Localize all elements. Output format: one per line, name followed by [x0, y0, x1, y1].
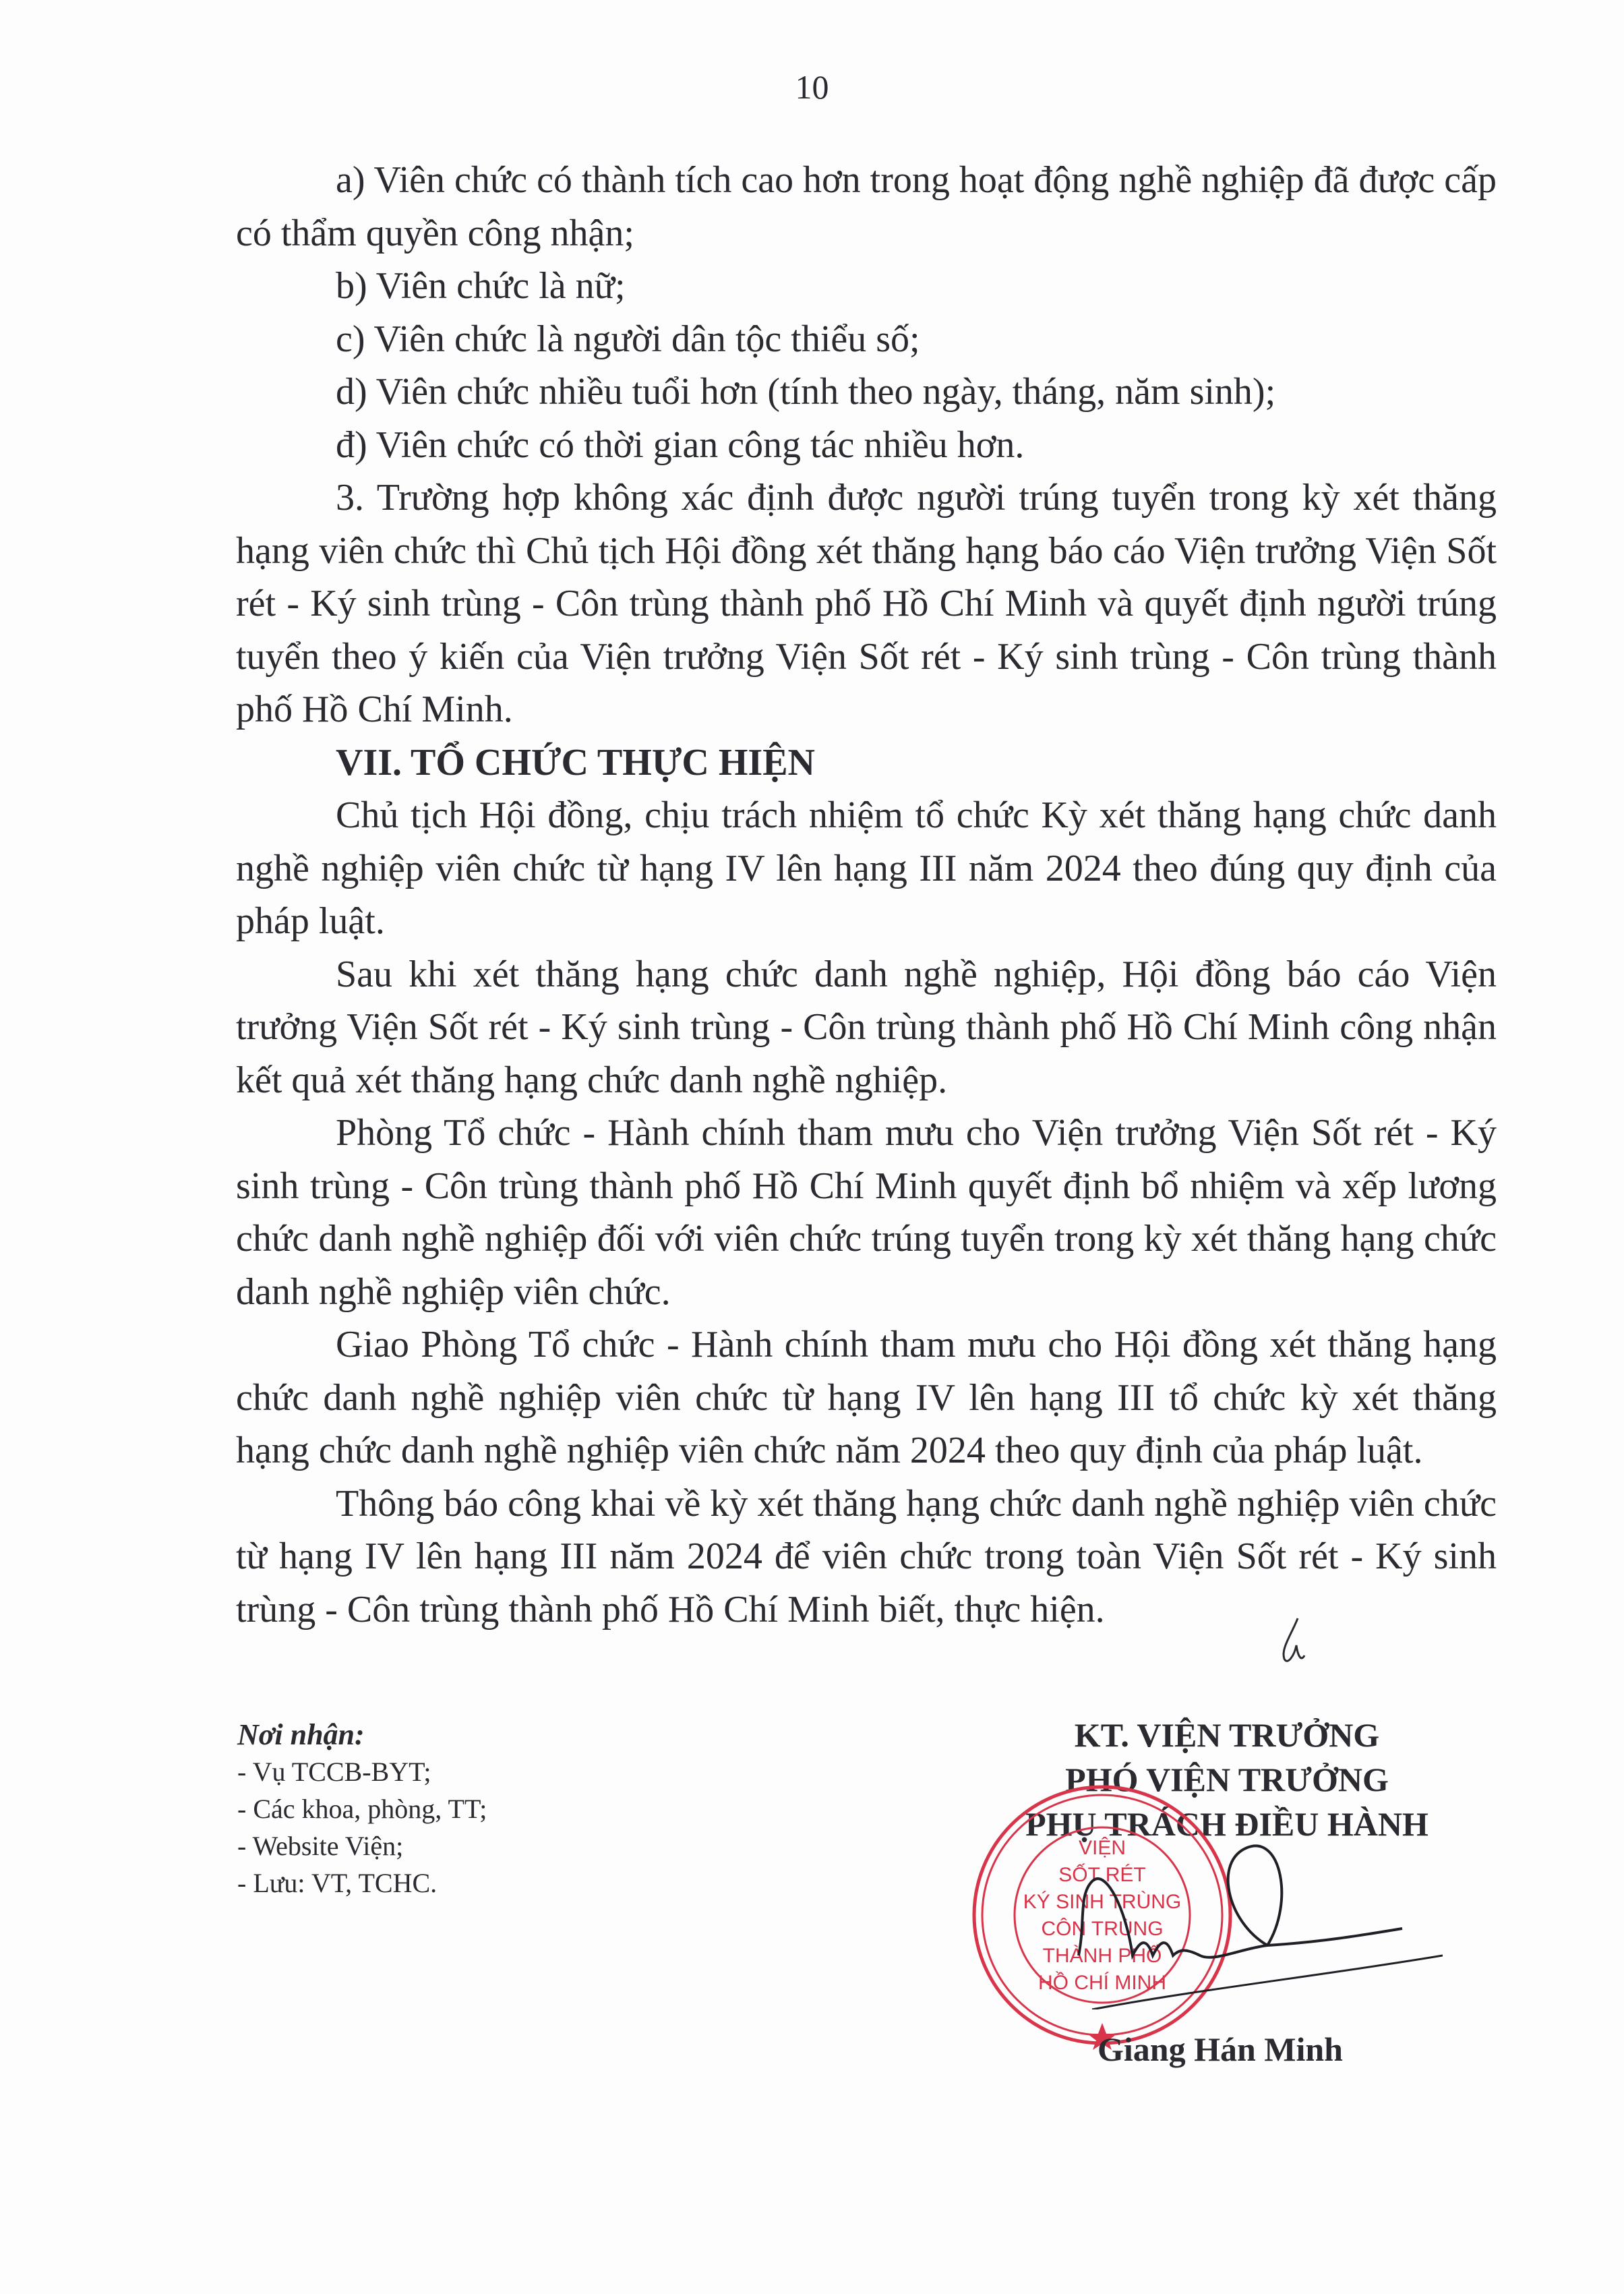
initial-mark-icon [1271, 1615, 1311, 1669]
page-number: 10 [0, 67, 1624, 107]
section-paragraph: Phòng Tổ chức - Hành chính tham mưu cho … [236, 1107, 1497, 1318]
paragraph-c: c) Viên chức là người dân tộc thiểu số; [236, 313, 1497, 366]
recipient-item: - Website Viện; [237, 1827, 487, 1864]
paragraph-b: b) Viên chức là nữ; [236, 260, 1497, 313]
paragraph-dd: đ) Viên chức có thời gian công tác nhiều… [236, 419, 1497, 472]
recipient-item: - Lưu: VT, TCHC. [237, 1864, 487, 1902]
paragraph-d: d) Viên chức nhiều tuổi hơn (tính theo n… [236, 365, 1497, 419]
recipient-item: - Vụ TCCB-BYT; [237, 1753, 487, 1790]
section-paragraph: Sau khi xét thăng hạng chức danh nghề ng… [236, 948, 1497, 1107]
paragraph-a: a) Viên chức có thành tích cao hơn trong… [236, 154, 1497, 260]
handwritten-signature-icon [1065, 1821, 1443, 2009]
recipient-item: - Các khoa, phòng, TT; [237, 1790, 487, 1827]
paragraph-3: 3. Trường hợp không xác định được người … [236, 471, 1497, 736]
recipients-label: Nơi nhận: [237, 1716, 487, 1753]
recipients-block: Nơi nhận: - Vụ TCCB-BYT; - Các khoa, phò… [237, 1716, 487, 1902]
section-paragraph: Thông báo công khai về kỳ xét thăng hạng… [236, 1477, 1497, 1637]
signature-title-1: KT. VIỆN TRƯỞNG [984, 1713, 1470, 1757]
document-body: a) Viên chức có thành tích cao hơn trong… [236, 154, 1497, 1636]
signer-name: Giang Hán Minh [1025, 2030, 1416, 2069]
section-paragraph: Chủ tịch Hội đồng, chịu trách nhiệm tổ c… [236, 789, 1497, 948]
section-paragraph: Giao Phòng Tổ chức - Hành chính tham mưu… [236, 1318, 1497, 1477]
section-heading: VII. TỔ CHỨC THỰC HIỆN [236, 736, 1497, 790]
